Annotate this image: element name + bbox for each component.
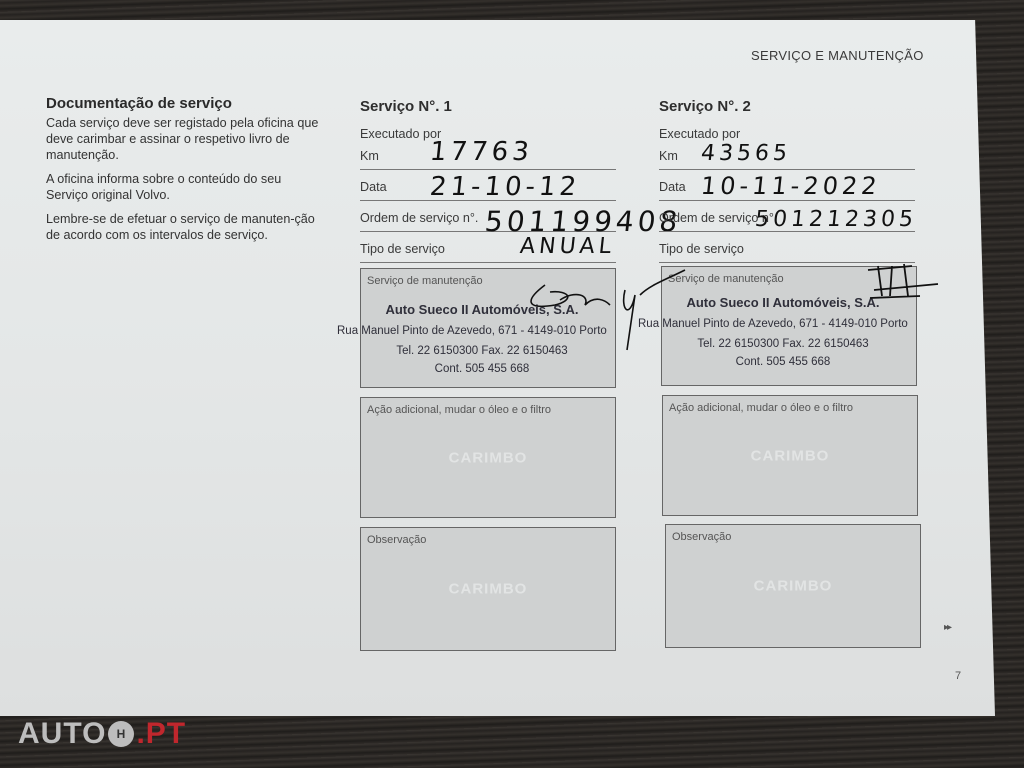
site-watermark: AUTO H .PT: [18, 717, 186, 751]
km-label: Km: [659, 147, 678, 165]
service-2-observation-box: Observação CARIMBO: [665, 524, 921, 648]
stamp-placeholder: CARIMBO: [361, 581, 615, 598]
service-1-column: Serviço N°. 1 Executado por Km 17763 Dat…: [360, 98, 616, 263]
next-page-icon: ▸▸: [944, 622, 950, 633]
gear-shift-icon: H: [108, 721, 134, 747]
observation-box-label: Observação: [672, 531, 731, 543]
intro-section: Documentação de serviço Cada serviço dev…: [46, 95, 326, 251]
stamp-placeholder: CARIMBO: [361, 449, 615, 466]
intro-paragraph: Lembre-se de efetuar o serviço de manute…: [46, 211, 326, 243]
signature-2-icon: [860, 260, 950, 305]
intro-paragraph: Cada serviço deve ser registado pela ofi…: [46, 115, 326, 163]
date-label: Data: [659, 178, 686, 196]
order-handwritten: 501212305: [754, 207, 919, 232]
km-handwritten: 43565: [700, 141, 793, 166]
service-1-title: Serviço N°. 1: [360, 98, 616, 115]
service-2-column: Serviço N°. 2 Executado por Km 43565 Dat…: [659, 98, 915, 263]
service-1-additional-box: Ação adicional, mudar o óleo e o filtro …: [360, 397, 616, 518]
date-field[interactable]: Data 21-10-12: [360, 170, 616, 201]
stamp-placeholder: CARIMBO: [663, 447, 917, 464]
service-2-additional-box: Ação adicional, mudar o óleo e o filtro …: [662, 395, 918, 516]
watermark-domain: .PT: [136, 717, 186, 751]
intro-title: Documentação de serviço: [46, 95, 326, 112]
date-handwritten: 21-10-12: [428, 172, 581, 202]
order-field[interactable]: Ordem de serviço n°. 501212305: [659, 201, 915, 232]
km-field[interactable]: Km 43565: [659, 147, 915, 170]
order-field[interactable]: Ordem de serviço n°. 501199408: [360, 201, 616, 232]
service-book-page: SERVIÇO E MANUTENÇÃO Documentação de ser…: [0, 20, 995, 716]
watermark-text: AUTO: [18, 717, 106, 751]
type-label: Tipo de serviço: [360, 240, 445, 258]
service-2-title: Serviço N°. 2: [659, 98, 915, 115]
type-field[interactable]: Tipo de serviço: [659, 232, 915, 263]
signature-1-icon: [515, 250, 695, 340]
date-field[interactable]: Data 10-11-2022: [659, 170, 915, 201]
order-label: Ordem de serviço n°.: [360, 209, 478, 227]
executed-by-label: Executado por: [360, 125, 441, 143]
km-field[interactable]: Km 17763: [360, 147, 616, 170]
additional-box-label: Ação adicional, mudar o óleo e o filtro: [367, 404, 551, 416]
date-label: Data: [360, 178, 387, 196]
additional-box-label: Ação adicional, mudar o óleo e o filtro: [669, 402, 853, 414]
observation-box-label: Observação: [367, 534, 426, 546]
dealer-contributor: Cont. 505 455 668: [638, 356, 928, 368]
km-handwritten: 17763: [428, 137, 534, 167]
stamp-placeholder: CARIMBO: [666, 578, 920, 595]
service-1-observation-box: Observação CARIMBO: [360, 527, 616, 651]
intro-paragraph: A oficina informa sobre o conteúdo do se…: [46, 171, 326, 203]
page-number: 7: [955, 670, 961, 682]
dealer-phone: Tel. 22 6150300 Fax. 22 6150463: [337, 345, 627, 357]
dealer-contributor: Cont. 505 455 668: [337, 363, 627, 375]
running-head: SERVIÇO E MANUTENÇÃO: [751, 48, 924, 63]
km-label: Km: [360, 147, 379, 165]
date-handwritten: 10-11-2022: [700, 172, 882, 200]
